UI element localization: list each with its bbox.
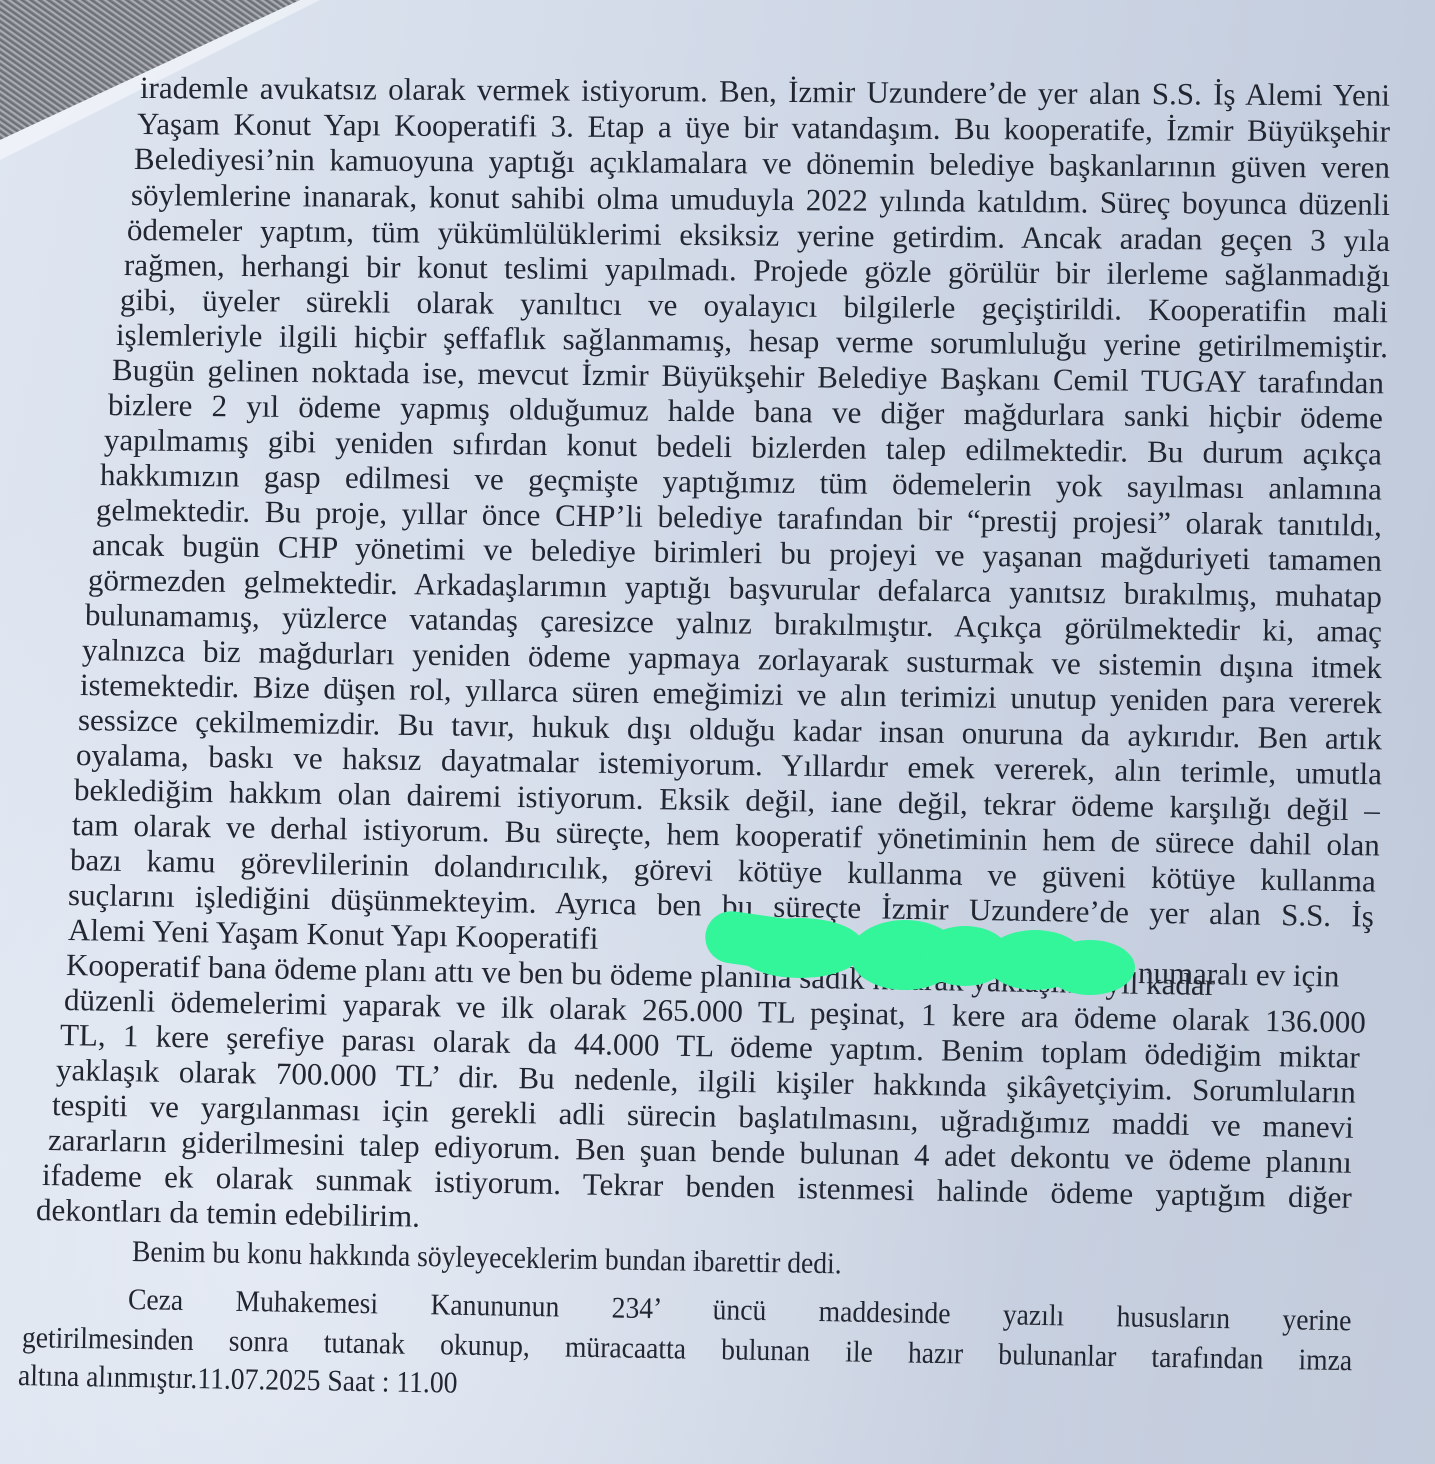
redaction-mark bbox=[735, 918, 865, 978]
redaction-mark bbox=[1045, 940, 1135, 995]
body-line-redacted-suffix: numaralı ev için bbox=[1138, 955, 1379, 995]
